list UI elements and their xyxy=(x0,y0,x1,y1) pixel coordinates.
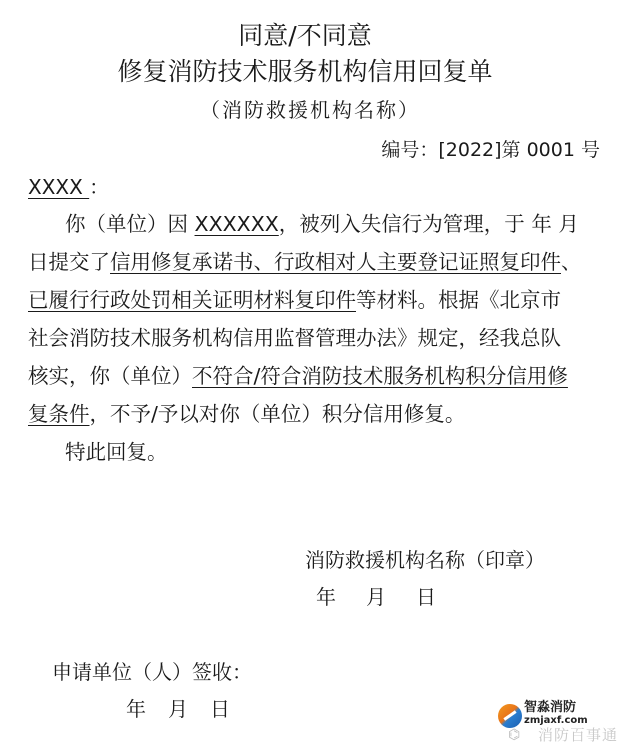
title-consent: 同意/不同意 xyxy=(0,20,610,52)
body-closing: 特此回复。 xyxy=(65,438,168,466)
body-line-6: 复条件，不予/予以对你（单位）积分信用修复。 xyxy=(28,400,465,428)
body-underlined-decision: 复条件 xyxy=(28,402,90,426)
signature-date-year: 年 xyxy=(316,583,336,611)
body-underlined-materials: 信用修复承诺书、行政相对人主要登记证照复印件 xyxy=(110,250,561,274)
body-text: 核实，你（单位） xyxy=(28,364,192,388)
signature-date-month: 月 xyxy=(366,583,386,611)
brand-logo-icon xyxy=(498,704,522,728)
body-line-1: 你（单位）因 XXXXXX，被列入失信行为管理，于 年 月 xyxy=(65,210,579,238)
watermark-account-name: 消防百事通 xyxy=(538,726,618,744)
signature-organization: 消防救援机构名称（印章） xyxy=(305,546,545,574)
body-text: 等材料。根据《北京市 xyxy=(356,288,561,312)
title-main: 修复消防技术服务机构信用回复单 xyxy=(0,55,610,89)
addressee-name: XXXX xyxy=(28,175,89,199)
receipt-date-year: 年 xyxy=(126,695,146,723)
body-text: 你（单位）因 xyxy=(65,212,195,236)
body-underlined-decision: 不符合/符合消防技术服务机构积分信用修 xyxy=(192,364,568,388)
receipt-date: 年月日 xyxy=(126,695,252,723)
signature-date-day: 日 xyxy=(416,583,436,611)
signature-date: 年月日 xyxy=(316,583,466,611)
body-line-4: 社会消防技术服务机构信用监督管理办法》规定，经我总队 xyxy=(28,324,561,352)
serial-number: 编号：[2022]第 0001 号 xyxy=(381,137,600,163)
watermark-brand-name: 智淼消防 xyxy=(524,700,576,716)
body-text: 日提交了 xyxy=(28,250,110,274)
body-text: 、 xyxy=(561,250,582,274)
body-line-5: 核实，你（单位）不符合/符合消防技术服务机构积分信用修 xyxy=(28,362,568,390)
receipt-date-month: 月 xyxy=(168,695,188,723)
title-agency-name: （消防救援机构名称） xyxy=(0,96,620,124)
body-text: ，被列入失信行为管理，于 年 月 xyxy=(279,212,579,236)
body-line-2: 日提交了信用修复承诺书、行政相对人主要登记证照复印件、 xyxy=(28,248,582,276)
body-line-3: 已履行行政处罚相关证明材料复印件等材料。根据《北京市 xyxy=(28,286,561,314)
watermark: 智淼消防 zmjaxf.com ⌬ 消防百事通 xyxy=(494,700,614,748)
body-underlined-materials: 已履行行政处罚相关证明材料复印件 xyxy=(28,288,356,312)
wechat-icon: ⌬ xyxy=(508,726,520,744)
body-text: 社会消防技术服务机构信用监督管理办法》规定，经我总队 xyxy=(28,326,561,350)
body-blank-reason: XXXXXX xyxy=(195,212,279,236)
body-text: ，不予/予以对你（单位）积分信用修复。 xyxy=(90,402,466,426)
receipt-date-day: 日 xyxy=(210,695,230,723)
addressee-colon: ： xyxy=(89,175,109,199)
receipt-label: 申请单位（人）签收： xyxy=(52,658,252,686)
addressee: XXXX ： xyxy=(28,173,109,201)
